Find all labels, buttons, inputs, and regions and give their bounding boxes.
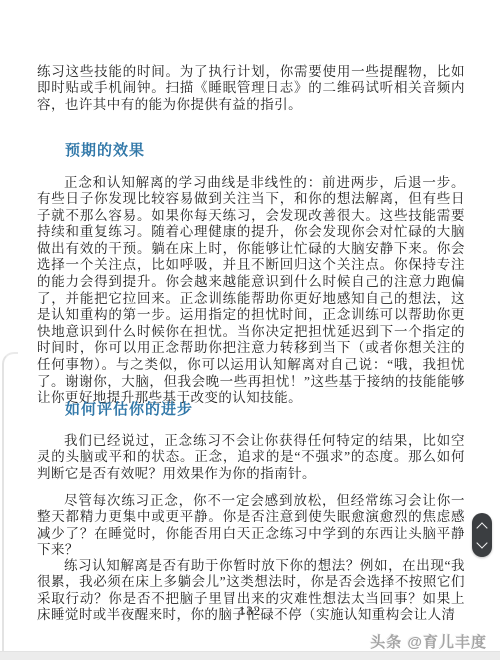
- chevron-down-icon[interactable]: [476, 537, 487, 548]
- toutiao-watermark: 头条 @育儿丰度: [370, 631, 487, 652]
- intro-paragraph: 练习这些技能的时间。为了执行计划，你需要使用一些提醒物，比如即时贴或手机闹钟。扫…: [37, 64, 465, 114]
- section1-paragraph: 正念和认知解离的学习曲线是非线性的：前进两步，后退一步。有些日子你发现比较容易做…: [37, 175, 465, 407]
- page-number: 132: [0, 603, 500, 619]
- scroll-up-down-widget[interactable]: [472, 513, 492, 557]
- section-heading-evaluate-progress: 如何评估你的进步: [65, 398, 193, 419]
- page-edge-artifact: [2, 352, 18, 660]
- section2-paragraph-2: 尽管每次练习正念，你不一定会感到放松，但经常练习会让你一整天都精力更集中或更平静…: [37, 493, 465, 559]
- section2-paragraph-1: 我们已经说过，正念练习不会让你获得任何特定的结果，比如空灵的头脑或平和的状态。正…: [37, 433, 465, 483]
- book-page: 练习这些技能的时间。为了执行计划，你需要使用一些提醒物，比如即时贴或手机闹钟。扫…: [0, 0, 500, 660]
- section-heading-expected-effects: 预期的效果: [65, 139, 145, 160]
- bottom-strip: [0, 651, 500, 660]
- chevron-up-icon[interactable]: [476, 522, 487, 533]
